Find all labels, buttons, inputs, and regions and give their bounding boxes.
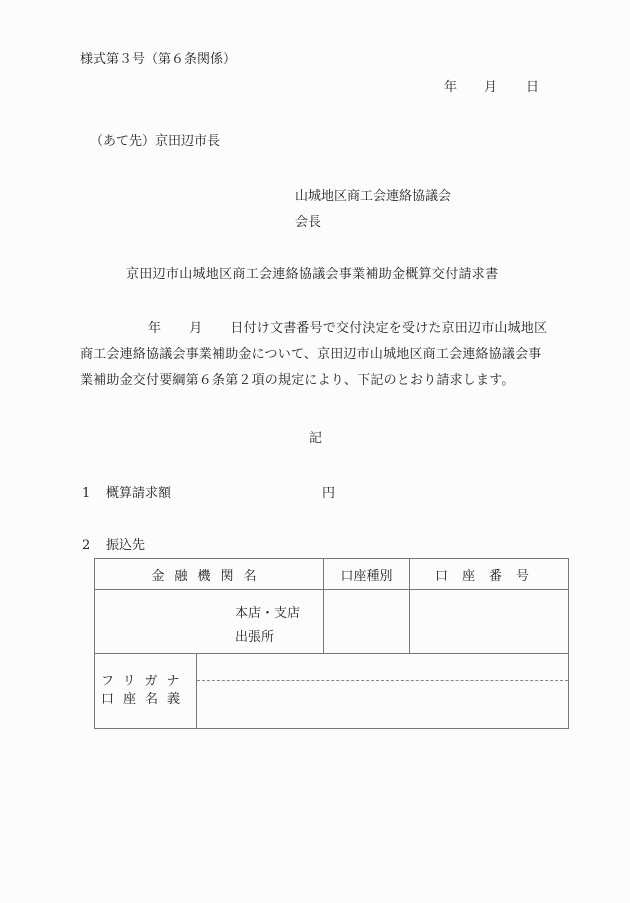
body-line-2: 商工会連絡協議会事業補助金について、京田辺市山城地区商工会連絡協議会事 <box>80 342 560 368</box>
document-title: 京田辺市山城地区商工会連絡協議会事業補助金概算交付請求書 <box>126 268 498 281</box>
body-line-3: 業補助金交付要綱第６条第２項の規定により、下記のとおり請求します。 <box>80 368 560 394</box>
header-account-number: 口座番号 <box>410 559 569 590</box>
header-account-type: 口座種別 <box>324 559 410 590</box>
table-header-row: 金融機関名 口座種別 口座番号 <box>95 559 569 590</box>
sender-organization: 山城地区商工会連絡協議会 <box>295 190 451 203</box>
addressee: （あて先）京田辺市長 <box>90 135 220 148</box>
header-bank-name: 金融機関名 <box>95 559 324 590</box>
account-holder-cell[interactable] <box>197 654 569 729</box>
furigana-label: フリガナ <box>101 673 196 691</box>
date-day: 日 <box>526 81 539 94</box>
branch-option-main-branch: 本店・支店 <box>235 602 300 626</box>
branch-option-office: 出張所 <box>235 626 300 650</box>
sender-title: 会長 <box>295 216 321 229</box>
bank-account-table: 金融機関名 口座種別 口座番号 本店・支店 出張所 フリガナ 口座名義 <box>94 558 569 729</box>
ki-heading: 記 <box>309 432 322 445</box>
bank-name-cell[interactable]: 本店・支店 出張所 <box>95 590 324 654</box>
account-holder-label: フリガナ 口座名義 <box>95 654 197 729</box>
account-name-label: 口座名義 <box>101 691 196 709</box>
body-paragraph: 年月日付け文書番号で交付決定を受けた京田辺市山城地区 商工会連絡協議会事業補助金… <box>80 316 560 394</box>
account-number-cell[interactable] <box>410 590 569 654</box>
table-row-account-holder: フリガナ 口座名義 <box>95 654 569 729</box>
item-number: 1 <box>82 487 90 500</box>
amount-unit: 円 <box>322 487 335 500</box>
table-row-bank: 本店・支店 出張所 <box>95 590 569 654</box>
date-year: 年 <box>444 81 457 94</box>
body-line-1: 年月日付け文書番号で交付決定を受けた京田辺市山城地区 <box>80 316 560 342</box>
furigana-divider <box>197 680 568 681</box>
date-month: 月 <box>484 81 497 94</box>
item-number: 2 <box>82 539 90 552</box>
form-number: 様式第３号（第６条関係） <box>80 53 236 66</box>
item-label: 概算請求額 <box>106 487 171 500</box>
item-label: 振込先 <box>106 539 145 552</box>
account-type-cell[interactable] <box>324 590 410 654</box>
